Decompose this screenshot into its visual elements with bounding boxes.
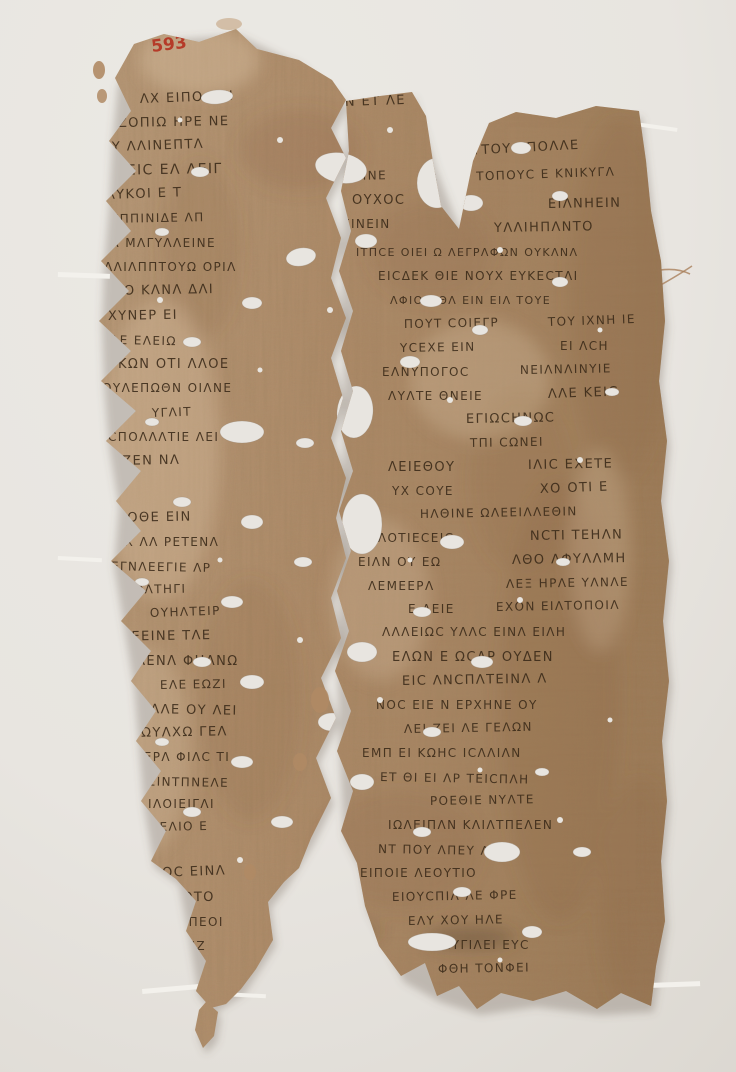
script-line: ΕΛΝΥΠΟΓΟC <box>382 365 470 379</box>
script-line: ΝΟC ΕΙΕ Ν ΕΡΧΗΝΕ ΟΥ <box>376 698 538 712</box>
script-line: ΛΕΙΕΘΟΥ <box>388 460 455 475</box>
script-line: ΦΘΗ ΤΟΝΦΕΙ <box>438 960 530 976</box>
script-line: ΛΘΟ ΛΦΥΛΛΜΗ <box>512 551 627 568</box>
script-line: ΛΕΞ ΗΡΛΕ ΥΛΝΛΕ <box>506 575 629 591</box>
script-line: ΕΓΙΩCΗΝΩC <box>466 410 556 427</box>
script-line: ΡΟΕΘΙΕ ΝΥΛΤΕ <box>430 792 535 808</box>
script-line: ΖΟΠΙΩ ΗΡΕ ΝΕ <box>118 114 230 131</box>
script-line: ΙΩΛΕΙΠΛΝ ΚΛΙΛΤΠΕΛΕΝ <box>388 818 553 832</box>
script-line: ΕΛΕ ΕΩΖΙ <box>160 677 227 692</box>
script-line: ΕΛΥ ΧΟΥ ΗΛΕ <box>408 912 504 928</box>
script-line: ΝΕΙΛΝΛΙΝΥΙΕ <box>520 361 612 377</box>
script-line: ΟΥΛΕΠΩΘΝ ΟΙΛΝΕ <box>102 381 232 395</box>
script-line: ΚΩΝ ΟΤΙ ΛΛΟΕ <box>118 357 230 372</box>
script-line: ΛΥΛΤΕ ΘΝΕΙΕ <box>388 389 483 403</box>
script-line: ΕΙ ΛCΗ <box>560 339 609 353</box>
script-line: ΕΜΠ ΕΙ ΚΩΗC ΙCΛΛΙΛΝ <box>362 746 522 760</box>
script-line: ΙΛΙC ΕΧΕΤΕ <box>528 457 614 473</box>
photo-backdrop: ΛΧ ΕΙΠΟ ΛΕΙΖΟΠΙΩ ΗΡΕ ΝΕΥ ΛΛΙΝΕΠΤΛΠΛΕΙC Ε… <box>0 0 736 1072</box>
script-line: ΥΓΛΙΤ <box>151 405 193 420</box>
script-line: ΥΧ CΟΥΕ <box>391 484 454 498</box>
papyrus-photo: ΛΧ ΕΙΠΟ ΛΕΙΖΟΠΙΩ ΗΡΕ ΝΕΥ ΛΛΙΝΕΠΤΛΠΛΕΙC Ε… <box>0 0 736 1072</box>
script-line: ΕΤ ΘΙ ΕΙ ΛΡ ΤΕΙCΠΛΗ <box>380 770 530 787</box>
script-line: ΤΠΙ CΩΝΕΙ <box>469 435 544 450</box>
script-line: ΥΛΛΙΗΠΛΝΤΟ <box>493 219 594 236</box>
script-line: ΛΕΜΕΕΡΛ <box>368 579 435 593</box>
script-line: ΕΧΟΝ ΕΙΛΤΟΠΟΙΛ <box>496 598 620 614</box>
script-line: ΕΙCΔΕΚ ΘΙΕ ΝΟΥΧ ΕΥΚΕCΤΛΙ <box>378 269 579 283</box>
script-line: ΛΦΙΟΝ ΘΛ ΕΙΝ ΕΙΛ ΤΟΥΕ <box>390 294 551 307</box>
script-line: ΟΥΧΟC <box>352 193 405 208</box>
script-line: ΕΙΛΝ ΟΥ ΕΩ <box>358 555 441 569</box>
script-line: ΟΥΗΛΤΕΙΡ <box>150 604 221 620</box>
script-line: ΗΛΘΙΝΕ ΩΛΕΕΙΛΛΕΘΙΝ <box>420 504 578 521</box>
script-line: ΕΙC ΛΝCΠΛΤΕΙΝΛ Λ <box>402 671 548 689</box>
script-line: ΧΟ ΟΤΙ Ε <box>540 480 609 497</box>
script-line: ΧΥΝΕΡ ΕΙ <box>108 308 178 324</box>
script-line: CΠΟΛΛΛΤΙΕ ΛΕΙ <box>108 430 219 444</box>
script-line: ΥCΕΧΕ ΕΙΝ <box>399 340 476 355</box>
script-line: ΕΙΠΟΙΕ ΛΕΟΥΤΙΟ <box>360 866 477 880</box>
script-line: ΝCΤΙ ΤΕΗΛΝ <box>530 527 624 544</box>
script-line: ΛΛΙΛΠΠΤΟΥΩ ΟΡΙΛ <box>104 260 237 274</box>
script-line: ΙΛΟΙΕΙΓΛΙ <box>148 797 215 811</box>
script-line: ΙΤΠCΕ ΟΙΕΙ Ω ΛΕΓΡΛΦΩΝ ΟΥΚΛΝΛ <box>356 246 578 259</box>
script-line: ΛΛΛΕΙΩC ΥΛΛC ΕΙΝΛ ΕΙΛΗ <box>382 625 566 639</box>
